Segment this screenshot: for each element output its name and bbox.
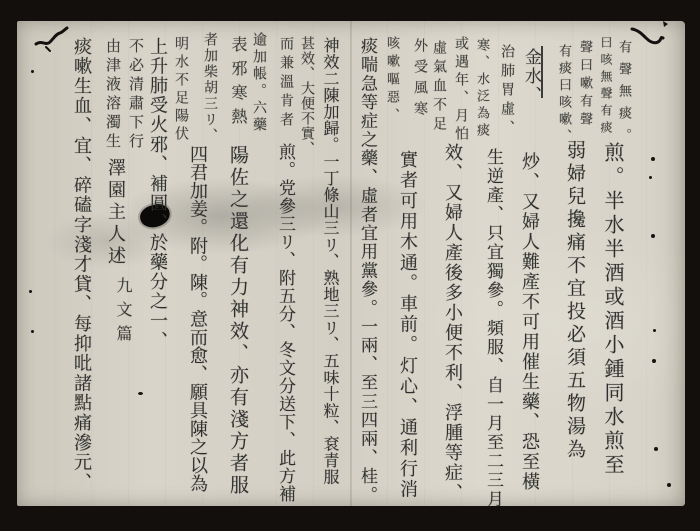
text-column: 痰喘急等症之藥、虛者宜用黨參。一兩、至三四兩、桂。 [358, 37, 375, 505]
text-column: 煎。半水半酒或酒小鍾同水煎至 [603, 142, 623, 478]
annotation-column: 者加柴胡三リ、 [203, 32, 217, 144]
text-column: 實者可用木通。車前。灯心、通利行消 [398, 150, 416, 500]
text-column: 痰嗽生血、宜、碎磕字淺才貸、每抑吡諸點痛滲元、 [72, 37, 90, 492]
annotation-column: 咳嗽嘔惡、 [385, 36, 398, 126]
annotation-column: 而兼溫肯者 [279, 36, 293, 131]
annotation-column: 或遇年、月怕 [454, 36, 468, 144]
annotation-column: 明水不足陽伏 [174, 36, 188, 144]
annotation-column: 表邪寒熱 [230, 36, 246, 132]
author-signature: 澤園主人述 [106, 158, 124, 268]
text-column: 弱婦兒攙痛不宜投必須五物湯為 [565, 140, 584, 462]
annotation-column: 甚效、大便不實、 [300, 36, 314, 156]
section-label-bracket [541, 46, 543, 98]
chapter-note: 九文篇 [115, 277, 131, 349]
text-column: 煎。党參三リ、附五分、冬文分送下、此方補 [276, 143, 293, 503]
annotation-column: 逾加帳。六藥 [252, 32, 266, 134]
annotation-column: 寒、水泛為痰 [475, 38, 488, 140]
text-column: 四君加姜。附。陳。意而愈、願具陳之以為 [188, 145, 206, 493]
annotation-column: 外受風寒 [413, 38, 427, 122]
annotation-column: 治肺胃虛、 [500, 44, 514, 139]
section-label: 金水、 [522, 48, 539, 105]
text-column: 生逆產、只宜獨參。頻服、自一月至二三月 [484, 148, 501, 509]
manuscript-text: 有聲無痰。 曰咳無聲有痰 煎。半水半酒或酒小鍾同水煎至 聲曰嗽有聲 有痰曰咳嗽、… [0, 0, 700, 531]
annotation-column: 由津液溶濁生 [105, 38, 120, 152]
annotation-column: 有聲無痰。 [617, 40, 630, 150]
text-column: 效、又婦人產後多小便不利、浮腫等症、 [443, 143, 461, 503]
text-column: 神效二陳加歸。一丁條山三リ、熟地三リ、五味十粒、袞青服 [322, 37, 338, 485]
text-column: 炒、又婦人難產不可用催生藥、恐至橫 [520, 152, 538, 492]
text-column: 上升肺受火邪、補圓、於藥分之一、 [148, 37, 166, 351]
text-column: 陽佐之還化有力神效、亦有淺方者服 [228, 145, 247, 497]
annotation-column: 聲曰嗽有聲 [578, 40, 591, 130]
annotation-column: 虛氣血不足 [432, 40, 446, 135]
annotation-column: 不必清肅下行 [128, 38, 143, 152]
annotation-column: 有痰曰咳嗽、 [557, 44, 570, 146]
annotation-column: 曰咳無聲有痰 [600, 36, 612, 138]
